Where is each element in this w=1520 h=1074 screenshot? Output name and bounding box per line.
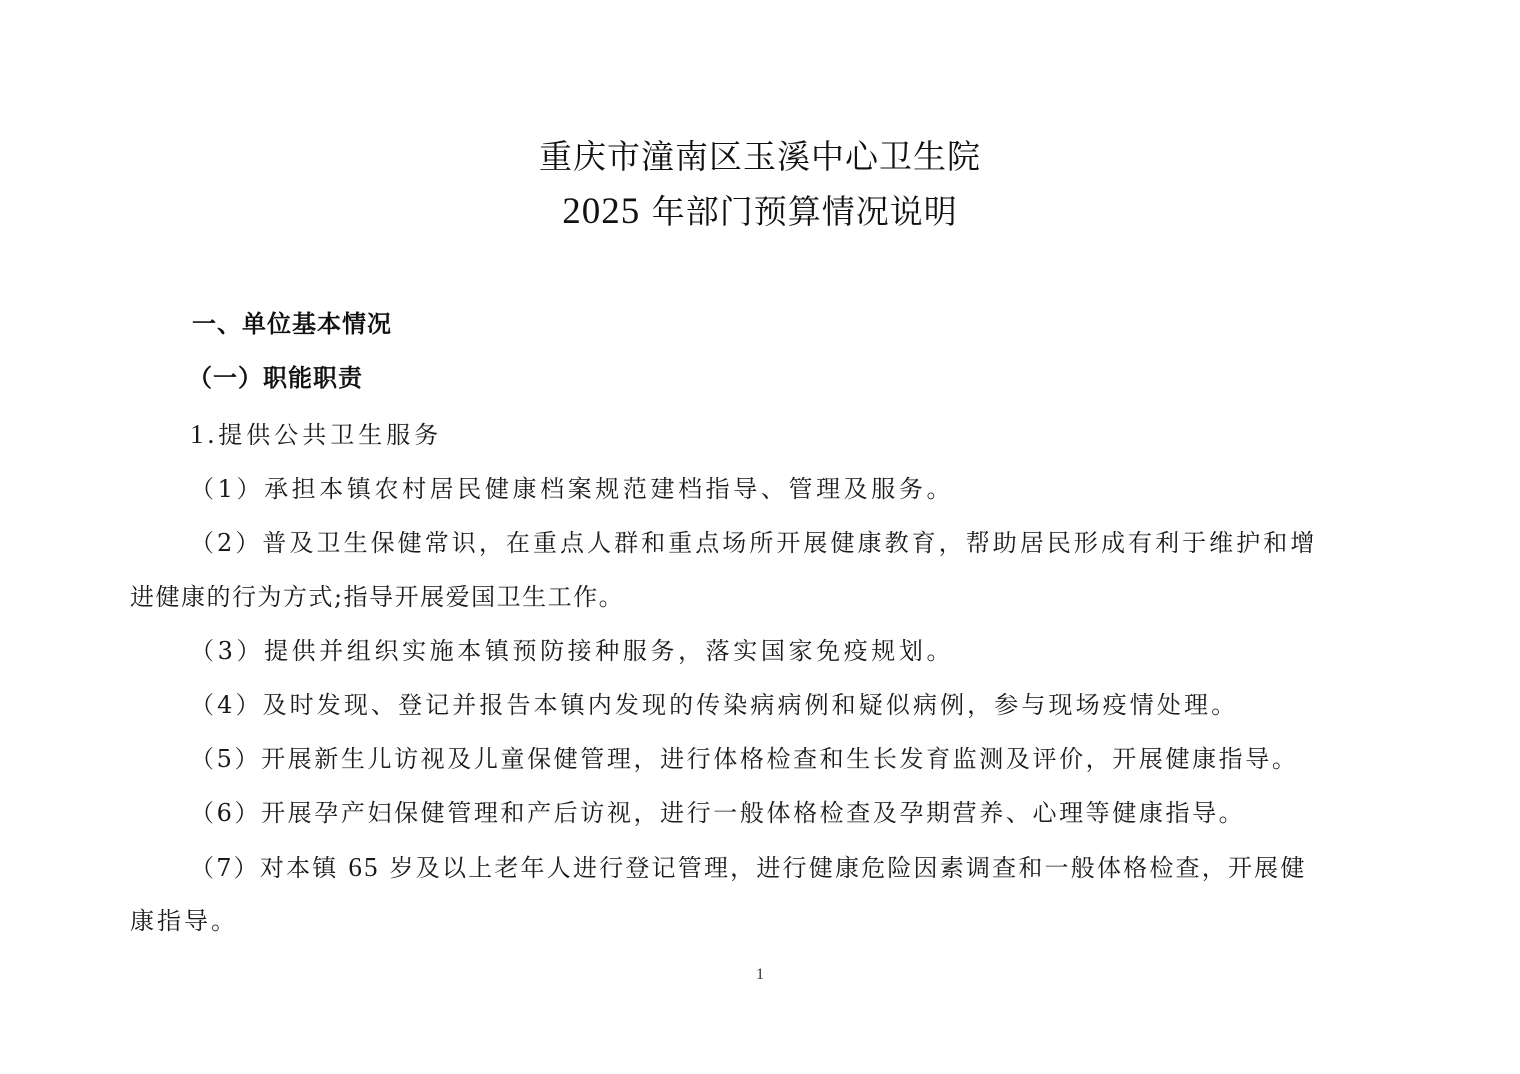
duty-item-text: 开展新生儿访视及儿童保健管理，进行体格检查和生长发育监测及评价，开展健康指导。 <box>261 745 1298 773</box>
duty-item-1: （1）承担本镇农村居民健康档案规范建档指导、管理及服务。 <box>190 474 954 504</box>
duty-item-text: 及时发现、登记并报告本镇内发现的传染病病例和疑似病例，参与现场疫情处理。 <box>263 691 1239 719</box>
duty-item-label: （1） <box>190 475 264 503</box>
duty-item-text: 开展孕产妇保健管理和产后访视，进行一般体格检查及孕期营养、心理等健康指导。 <box>261 799 1245 827</box>
document-title-line1: 重庆市潼南区玉溪中心卫生院 <box>0 137 1520 177</box>
duty-item-label: （3） <box>190 637 264 665</box>
item-title-public-health: 1.提供公共卫生服务 <box>190 419 442 450</box>
duty-item-3: （3）提供并组织实施本镇预防接种服务，落实国家免疫规划。 <box>190 636 954 666</box>
title-year: 2025 <box>562 191 640 232</box>
section-heading-basic-info: 一、单位基本情况 <box>192 309 392 339</box>
title-org-name: 重庆市潼南区玉溪中心卫生院 <box>539 137 981 176</box>
duty-item-label: （4） <box>190 691 263 719</box>
duty-item-text: 提供并组织实施本镇预防接种服务，落实国家免疫规划。 <box>264 637 954 665</box>
document-title-line2: 2025 年部门预算情况说明 <box>0 192 1520 232</box>
duty-item-text: 康指导。 <box>130 907 238 935</box>
duty-item-text: 对本镇 <box>260 854 348 882</box>
duty-item-label: （5） <box>190 745 261 773</box>
duty-item-label: （2） <box>190 529 262 557</box>
duty-item-7-line1: （7）对本镇 65 岁及以上老年人进行登记管理，进行健康危险因素调查和一般体格检… <box>190 852 1307 883</box>
page-number: 1 <box>0 966 1520 984</box>
item-title-text: 提供公共卫生服务 <box>218 421 442 449</box>
duty-item-2-line2: 进健康的行为方式;指导开展爱国卫生工作。 <box>130 582 624 612</box>
age-number: 65 <box>348 852 379 882</box>
duty-item-text: 进健康的行为方式;指导开展爱国卫生工作。 <box>130 583 624 611</box>
duty-item-7-line2: 康指导。 <box>130 906 238 936</box>
duty-item-4: （4）及时发现、登记并报告本镇内发现的传染病病例和疑似病例，参与现场疫情处理。 <box>190 690 1238 720</box>
duty-item-2-line1: （2）普及卫生保健常识，在重点人群和重点场所开展健康教育，帮助居民形成有利于维护… <box>190 528 1317 558</box>
duty-item-label: （7） <box>190 854 260 882</box>
duty-item-6: （6）开展孕产妇保健管理和产后访视，进行一般体格检查及孕期营养、心理等健康指导。 <box>190 798 1245 828</box>
duty-item-label: （6） <box>190 799 261 827</box>
document-page: 重庆市潼南区玉溪中心卫生院 2025 年部门预算情况说明 一、单位基本情况 （一… <box>0 0 1520 1074</box>
duty-item-text: 普及卫生保健常识，在重点人群和重点场所开展健康教育，帮助居民形成有利于维护和增 <box>262 529 1317 557</box>
duty-item-text: 岁及以上老年人进行登记管理，进行健康危险因素调查和一般体格检查，开展健 <box>380 854 1307 882</box>
duty-item-5: （5）开展新生儿访视及儿童保健管理，进行体格检查和生长发育监测及评价，开展健康指… <box>190 744 1298 774</box>
title-subject: 年部门预算情况说明 <box>640 192 958 231</box>
duty-item-text: 承担本镇农村居民健康档案规范建档指导、管理及服务。 <box>264 475 954 503</box>
subsection-heading-duties: （一）职能职责 <box>188 363 363 393</box>
item-number: 1. <box>190 419 218 449</box>
